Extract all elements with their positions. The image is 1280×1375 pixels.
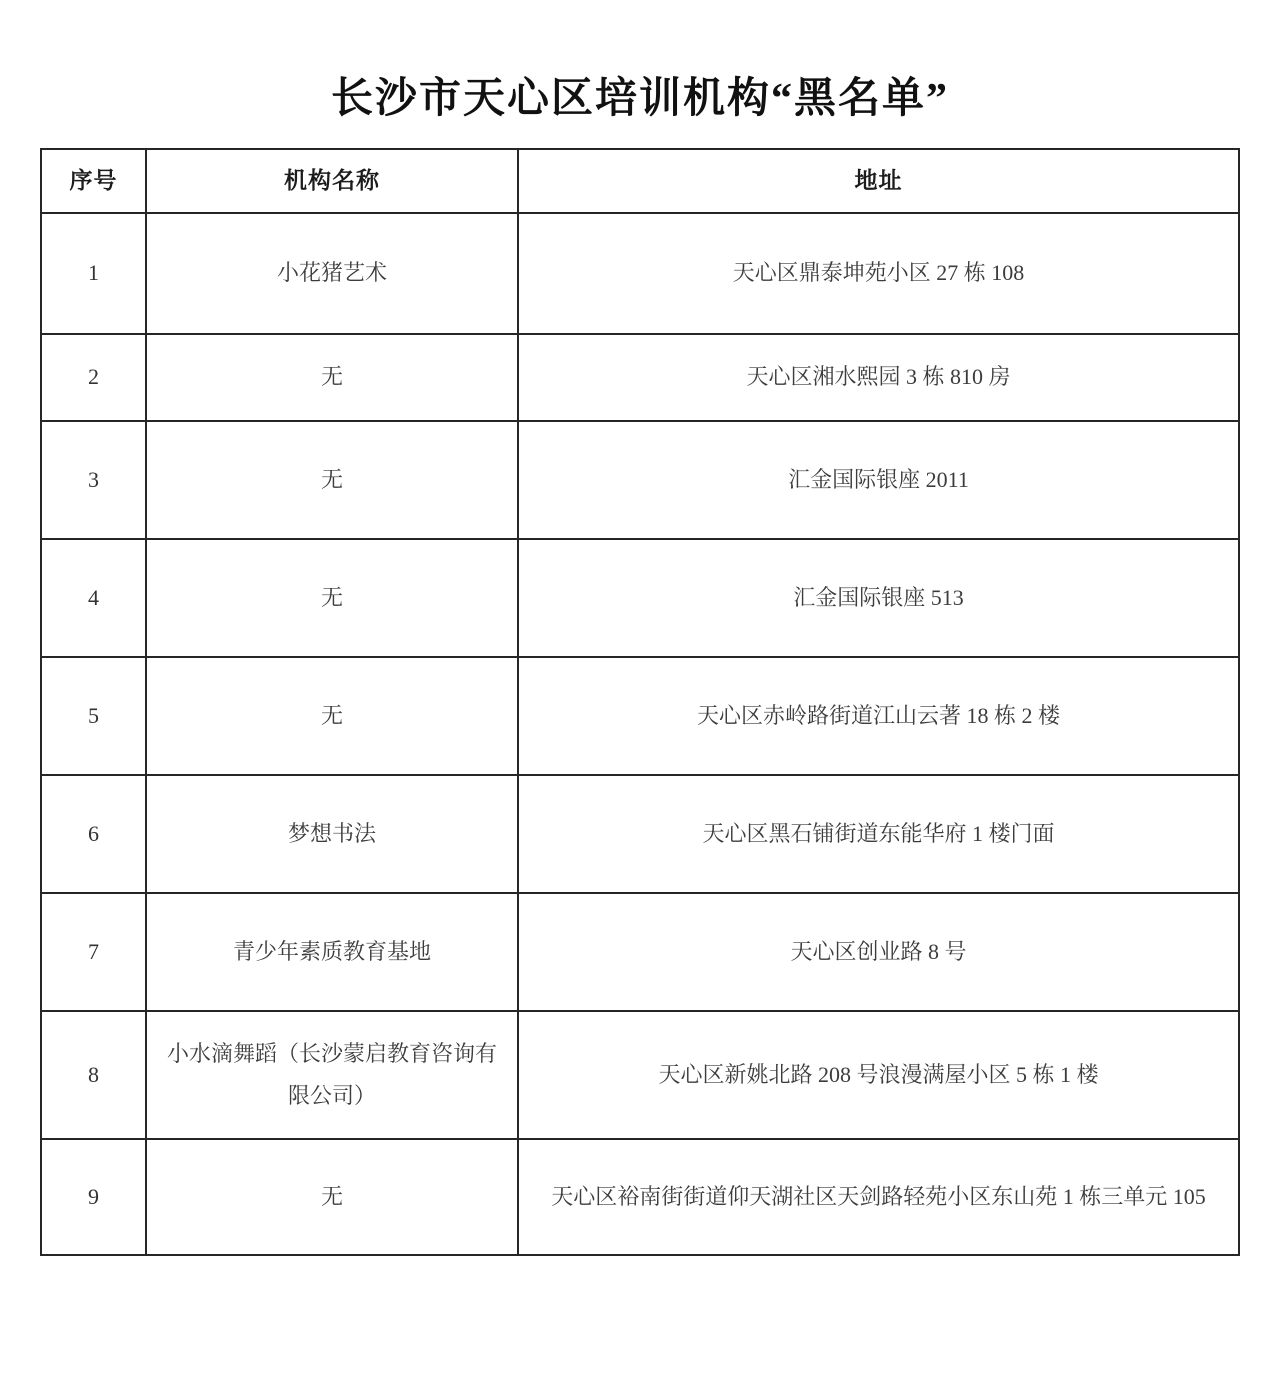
address-cell: 汇金国际银座 513: [518, 539, 1239, 657]
row-index-cell: 7: [41, 893, 146, 1011]
org-name-cell: 无: [146, 539, 518, 657]
table-row: 4 无 汇金国际银座 513: [41, 539, 1239, 657]
address-cell: 天心区赤岭路街道江山云著 18 栋 2 楼: [518, 657, 1239, 775]
address-cell: 天心区湘水熙园 3 栋 810 房: [518, 334, 1239, 421]
row-index-cell: 5: [41, 657, 146, 775]
row-index-cell: 6: [41, 775, 146, 893]
row-index-cell: 4: [41, 539, 146, 657]
table-row: 2 无 天心区湘水熙园 3 栋 810 房: [41, 334, 1239, 421]
row-index-cell: 1: [41, 213, 146, 334]
table-row: 9 无 天心区裕南街街道仰天湖社区天剑路轻苑小区东山苑 1 栋三单元 105: [41, 1139, 1239, 1255]
table-header-row: 序号 机构名称 地址: [41, 149, 1239, 213]
address-cell: 天心区新姚北路 208 号浪漫满屋小区 5 栋 1 楼: [518, 1011, 1239, 1139]
address-cell: 汇金国际银座 2011: [518, 421, 1239, 539]
page-title: 长沙市天心区培训机构“黑名单”: [0, 0, 1280, 124]
table-row: 6 梦想书法 天心区黑石铺街道东能华府 1 楼门面: [41, 775, 1239, 893]
org-name-cell: 小水滴舞蹈（长沙蒙启教育咨询有限公司）: [146, 1011, 518, 1139]
table-row: 7 青少年素质教育基地 天心区创业路 8 号: [41, 893, 1239, 1011]
org-name-cell: 小花猪艺术: [146, 213, 518, 334]
address-cell: 天心区裕南街街道仰天湖社区天剑路轻苑小区东山苑 1 栋三单元 105: [518, 1139, 1239, 1255]
table-row: 3 无 汇金国际银座 2011: [41, 421, 1239, 539]
table-row: 8 小水滴舞蹈（长沙蒙启教育咨询有限公司） 天心区新姚北路 208 号浪漫满屋小…: [41, 1011, 1239, 1139]
row-index-cell: 9: [41, 1139, 146, 1255]
address-cell: 天心区黑石铺街道东能华府 1 楼门面: [518, 775, 1239, 893]
header-org-name: 机构名称: [146, 149, 518, 213]
row-index-cell: 3: [41, 421, 146, 539]
org-name-cell: 梦想书法: [146, 775, 518, 893]
row-index-cell: 2: [41, 334, 146, 421]
org-name-cell: 无: [146, 1139, 518, 1255]
header-address: 地址: [518, 149, 1239, 213]
document-page: 长沙市天心区培训机构“黑名单” 序号 机构名称 地址 1 小花猪艺术 天心区鼎泰…: [0, 0, 1280, 1375]
address-cell: 天心区创业路 8 号: [518, 893, 1239, 1011]
address-cell: 天心区鼎泰坤苑小区 27 栋 108: [518, 213, 1239, 334]
org-name-cell: 青少年素质教育基地: [146, 893, 518, 1011]
table-row: 5 无 天心区赤岭路街道江山云著 18 栋 2 楼: [41, 657, 1239, 775]
org-name-cell: 无: [146, 657, 518, 775]
org-name-cell: 无: [146, 334, 518, 421]
blacklist-table: 序号 机构名称 地址 1 小花猪艺术 天心区鼎泰坤苑小区 27 栋 108 2 …: [40, 148, 1240, 1256]
row-index-cell: 8: [41, 1011, 146, 1139]
table-row: 1 小花猪艺术 天心区鼎泰坤苑小区 27 栋 108: [41, 213, 1239, 334]
org-name-cell: 无: [146, 421, 518, 539]
header-index: 序号: [41, 149, 146, 213]
